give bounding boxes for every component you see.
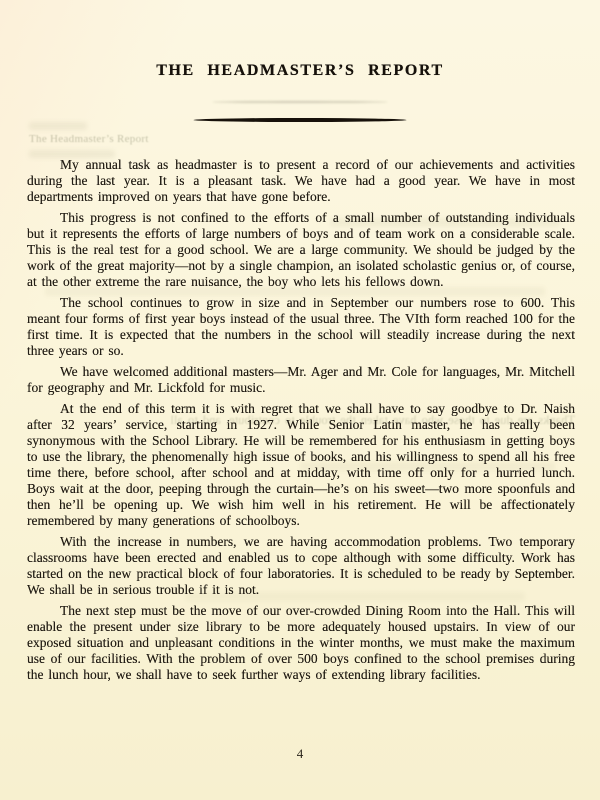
paragraph: The school continues to grow in size and… [27,295,575,359]
paragraph: This progress is not confined to the eff… [27,210,575,290]
report-body: My annual task as headmaster is to prese… [27,157,575,688]
paragraph: The next step must be the move of our ov… [27,603,575,683]
showthrough-rule [213,101,388,103]
title-divider-rule [194,118,407,122]
paragraph: At the end of this term it is with regre… [27,401,575,529]
paragraph: My annual task as headmaster is to prese… [27,157,575,205]
paragraph: We have welcomed additional masters—Mr. … [27,364,575,396]
showthrough-contents-text: The Headmaster’s Report [29,133,149,145]
paragraph: With the increase in numbers, we are hav… [27,534,575,598]
scanned-page: THE HEADMASTER’S REPORT The Headmaster’s… [0,0,600,800]
page-title: THE HEADMASTER’S REPORT [0,62,600,80]
showthrough-smudge [29,122,87,130]
page-number: 4 [0,746,600,762]
